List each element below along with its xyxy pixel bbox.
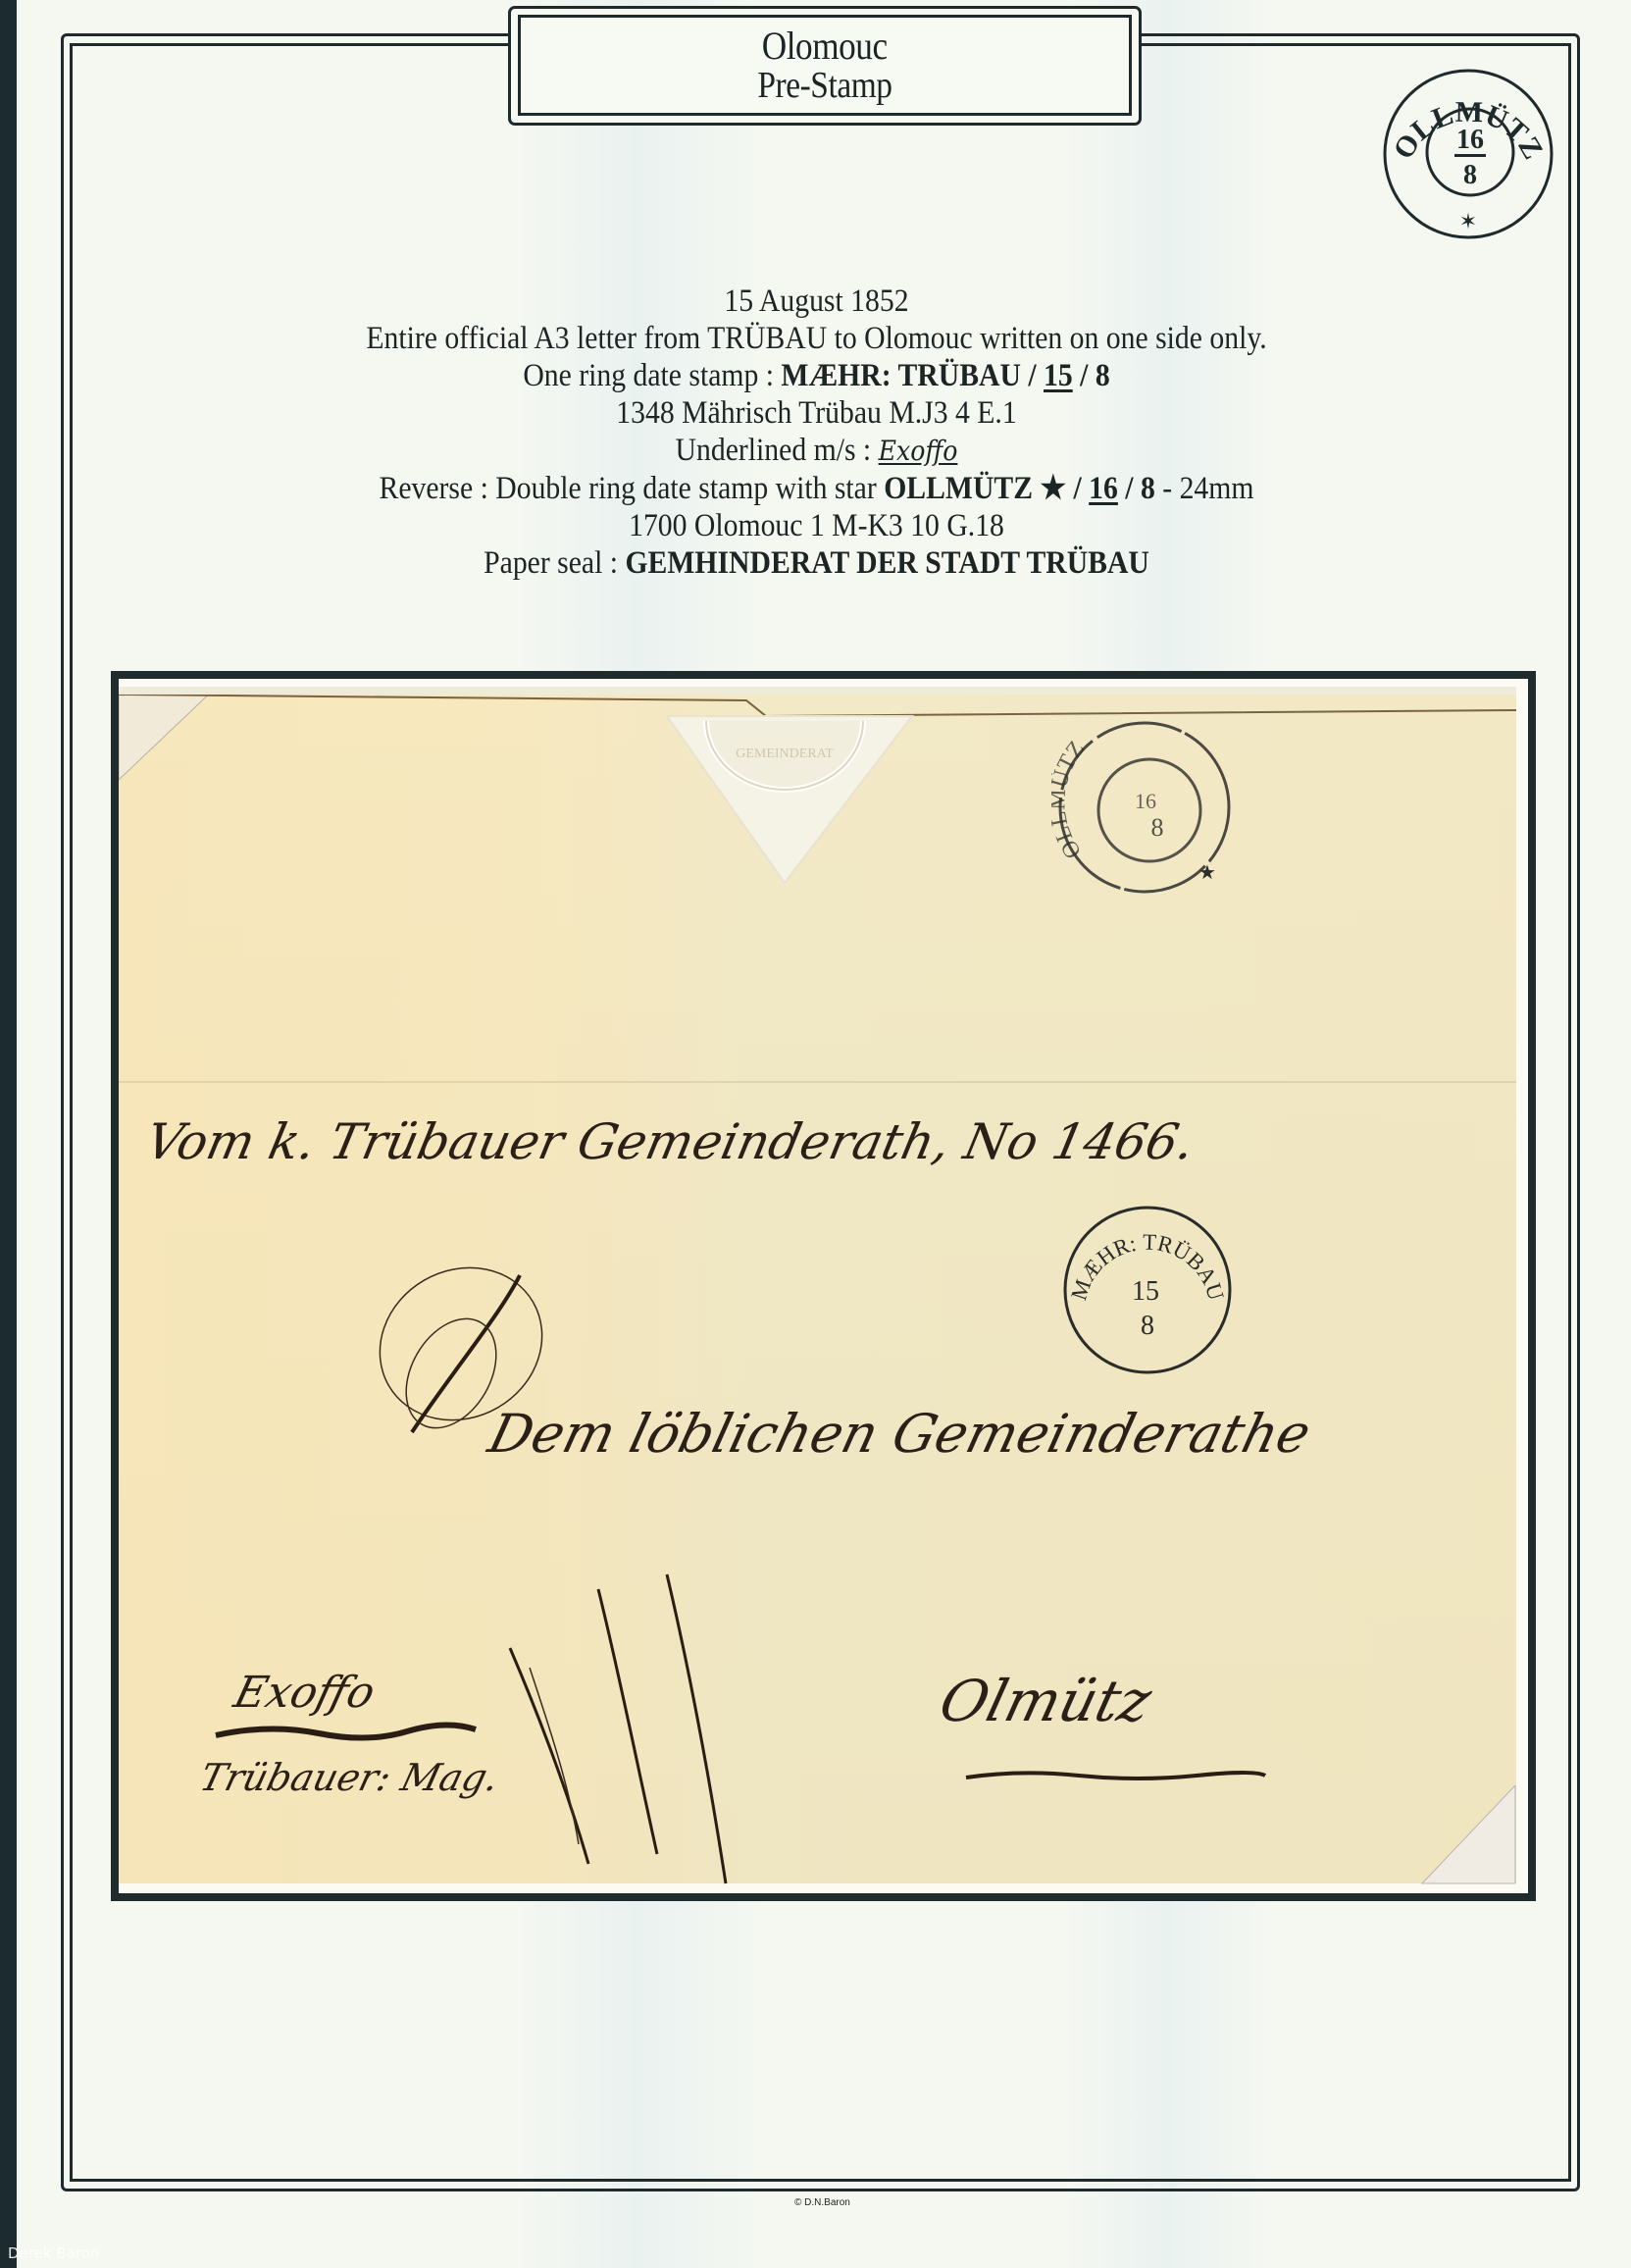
mount-corner-icon	[1412, 1785, 1520, 1893]
svg-text:GEMEINDERAT: GEMEINDERAT	[736, 747, 834, 761]
svg-text:★: ★	[1198, 860, 1216, 884]
mahr-trubau-postmark: MÆHR: TRÜBAU 15 8	[1059, 1202, 1236, 1378]
svg-text:16: 16	[1135, 789, 1156, 813]
description-date: 15 August 1852	[187, 283, 1446, 320]
handwriting-exoffo: Exoffo	[229, 1668, 381, 1718]
svg-text:8: 8	[1151, 813, 1164, 842]
ollmutz-postmark: OLLMÜTZ 16 8 ★	[1051, 714, 1238, 901]
paper-seal: GEMEINDERAT	[667, 687, 922, 883]
page-title: Olomouc	[762, 26, 888, 66]
postmark-icon: OLLMÜTZ 16 8 ✶	[1380, 66, 1556, 242]
letter-fold-line	[119, 1081, 1516, 1083]
copyright-notice: © D.N.Baron	[794, 2197, 850, 2208]
handwriting-destination: Olmütz	[934, 1668, 1158, 1734]
svg-text:OLLMÜTZ: OLLMÜTZ	[1051, 737, 1090, 863]
description-manuscript: Underlined m/s : Exoffo	[187, 432, 1446, 470]
svg-text:15: 15	[1132, 1276, 1159, 1307]
svg-text:✶: ✶	[1459, 210, 1477, 234]
handwriting-sender-line: Vom k. Trübauer Gemeinderath, No 1466.	[141, 1113, 1199, 1170]
description-ring-stamp: One ring date stamp : MÆHR: TRÜBAU / 15 …	[187, 357, 1446, 394]
exoffo-underline	[211, 1722, 485, 1745]
vertical-handwriting-notes	[500, 1570, 755, 1903]
svg-text:16: 16	[1456, 125, 1484, 155]
description-catalogue-1: 1348 Mährisch Trübau M.J3 4 E.1	[187, 394, 1446, 432]
handwriting-address: Dem löblichen Gemeinderathe	[483, 1403, 1316, 1465]
destination-underline	[961, 1766, 1275, 1785]
description-paper-seal: Paper seal : GEMHINDERAT DER STADT TRÜBA…	[187, 544, 1446, 582]
description-reverse-stamp: Reverse : Double ring date stamp with st…	[187, 470, 1446, 507]
description-catalogue-2: 1700 Olomouc 1 M-K3 10 G.18	[187, 507, 1446, 544]
ollmutz-postmark-illustration: OLLMÜTZ 16 8 ✶	[1380, 66, 1556, 242]
svg-text:8: 8	[1141, 1311, 1154, 1341]
handwriting-sender-note: Trübauer: Mag.	[196, 1756, 504, 1799]
page-subtitle: Pre-Stamp	[757, 66, 892, 105]
scan-edge-strip	[0, 0, 17, 2268]
description-letter-summary: Entire official A3 letter from TRÜBAU to…	[187, 320, 1446, 357]
description-block: 15 August 1852 Entire official A3 letter…	[118, 283, 1515, 582]
title-box-inner: Olomouc Pre-Stamp	[518, 15, 1132, 116]
photographer-watermark: Derek Baron	[8, 2244, 99, 2262]
svg-text:8: 8	[1463, 160, 1477, 190]
